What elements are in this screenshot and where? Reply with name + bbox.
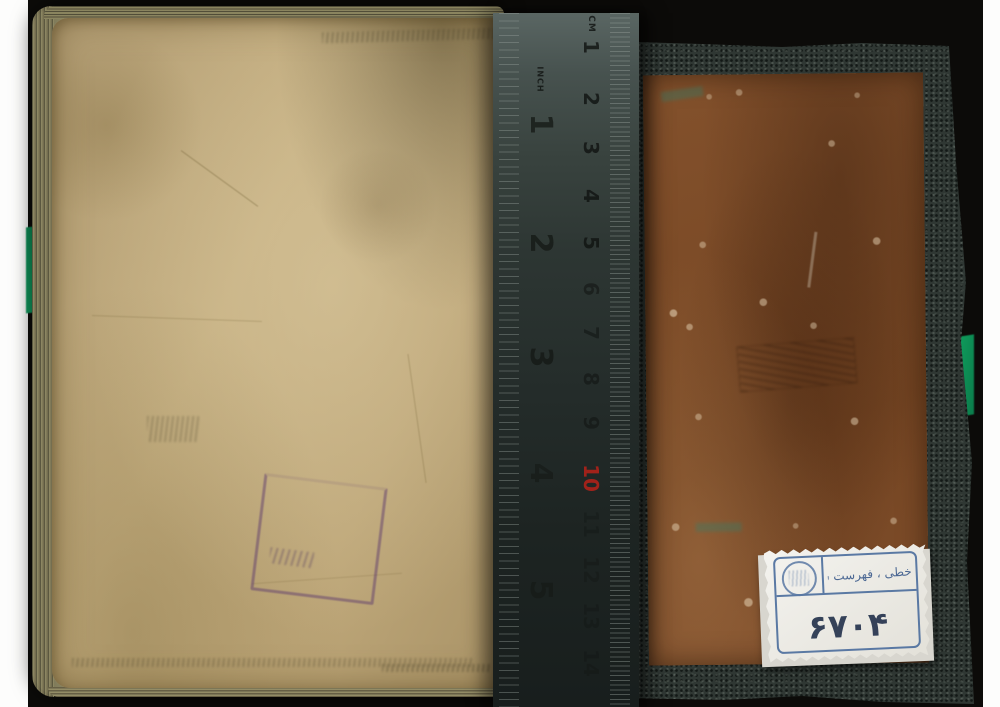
ruler-inch-unit-label: INCH: [536, 65, 545, 95]
page-edge-stack-bottom: [48, 687, 504, 697]
stamp-marks: [269, 547, 315, 568]
ruler-cm-number: 1: [578, 31, 604, 63]
ruler-inch-number: 3: [522, 338, 558, 376]
ruler-cm-number: 4: [578, 180, 604, 212]
steel-ruler: CM INCH 1 2 3 4 5 6 7 8 9 10 11 12 13 14…: [493, 13, 639, 707]
label-border-box: خطی ، فهرست شده ۶۷۰۴: [773, 551, 921, 654]
page-crease: [407, 354, 426, 483]
ruler-inch-number: 2: [522, 224, 558, 262]
faint-cover-stamp: [736, 337, 857, 392]
seal-inscription: [788, 570, 809, 587]
ruler-cm-number: 7: [578, 317, 604, 349]
label-catalog-number: ۶۷۰۴: [777, 593, 919, 652]
ruler-cm-ticks: [610, 13, 630, 707]
ruler-cm-number: 3: [578, 132, 604, 164]
ruler-inch-number: 1: [522, 105, 558, 143]
ruler-cm-number: 14: [578, 647, 604, 679]
rectangular-ownership-stamp: [250, 473, 387, 605]
page-crease: [181, 150, 258, 207]
faint-inscription-middle: [147, 416, 199, 442]
ruler-cm-number: 12: [578, 554, 604, 586]
ruler-cm-number: 13: [578, 600, 604, 632]
catalog-label: خطی ، فهرست شده ۶۷۰۴: [764, 543, 931, 662]
ruler-inch-ticks: [499, 13, 519, 707]
page-edge-stack-left: [32, 6, 54, 697]
library-seal: [781, 560, 818, 597]
ruler-cm-number: 8: [578, 363, 604, 395]
ruler-cm-number: 9: [578, 407, 604, 439]
ruler-cm-number: 6: [578, 273, 604, 305]
manuscript-flyleaf: [52, 18, 504, 688]
faint-teal-mark-bottom: [696, 522, 742, 531]
faint-teal-mark-top: [661, 86, 704, 102]
ruler-cm-number: 2: [578, 83, 604, 115]
ruler-cm-number-10-red: 10: [578, 462, 604, 494]
manuscript-book: [32, 6, 504, 697]
page-crease: [92, 315, 262, 322]
ruler-inch-number: 5: [522, 571, 558, 609]
scan-margin-left: [0, 0, 28, 707]
cover-scratch: [807, 232, 817, 288]
ruler-cm-number: 11: [578, 508, 604, 540]
ruler-inch-number: 4: [522, 454, 558, 492]
label-handwritten-note: خطی ، فهرست شده: [827, 556, 913, 591]
scan-margin-right: [983, 0, 1000, 707]
faint-inscription-top: [322, 28, 507, 44]
label-seal-divider: [821, 557, 825, 593]
faint-inscription-bottom-right: [382, 664, 492, 672]
ruler-cm-number: 5: [578, 227, 604, 259]
